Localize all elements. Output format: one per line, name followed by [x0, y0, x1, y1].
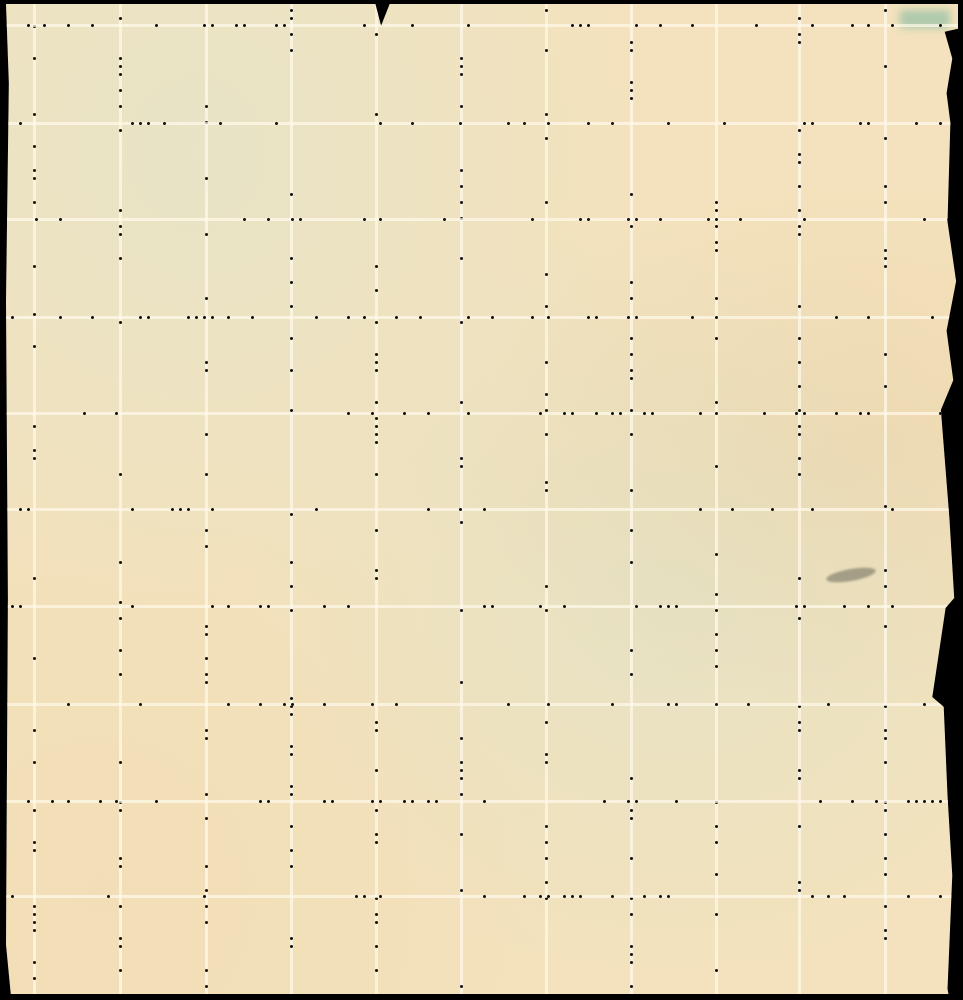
- perforation-hole: [715, 316, 718, 319]
- perforation-hole: [611, 412, 614, 415]
- perforation-hole: [460, 65, 463, 68]
- perforation-hole: [715, 665, 718, 668]
- perforation-hole: [859, 412, 862, 415]
- perforation-hole: [545, 113, 548, 116]
- perforation-hole: [290, 785, 293, 788]
- perforation-hole: [955, 703, 958, 706]
- perforation-hole: [531, 316, 534, 319]
- perforation-hole: [795, 605, 798, 608]
- perforation-hole: [290, 865, 293, 868]
- perforation-hole: [19, 605, 22, 608]
- perforation-hole: [715, 225, 718, 228]
- perforation-hole: [507, 703, 510, 706]
- perforation-hole: [630, 945, 633, 948]
- perforation-hole: [131, 605, 134, 608]
- perforation-hole: [460, 833, 463, 836]
- perforation-hole: [243, 24, 246, 27]
- perforation-hole: [460, 769, 463, 772]
- perforation-hole: [931, 800, 934, 803]
- perforation-hole: [630, 673, 633, 676]
- perforation-hole: [211, 24, 214, 27]
- perforation-hole: [205, 433, 208, 436]
- perforation-hole: [179, 508, 182, 511]
- perforation-hole: [798, 305, 801, 308]
- perforation-hole: [355, 895, 358, 898]
- perforation-hole: [715, 241, 718, 244]
- perforation-hole: [251, 316, 254, 319]
- perforation-hole: [375, 729, 378, 732]
- perforation-hole: [630, 857, 633, 860]
- perforation-hole: [884, 625, 887, 628]
- perforation-hole: [798, 721, 801, 724]
- perforation-hole: [443, 218, 446, 221]
- perforation-hole: [884, 185, 887, 188]
- perforation-hole: [67, 24, 70, 27]
- perforation-hole: [630, 281, 633, 284]
- perforation-hole: [630, 961, 633, 964]
- perforation-hole: [675, 703, 678, 706]
- perforation-line-vertical: [205, 4, 208, 994]
- perforation-hole: [798, 153, 801, 156]
- perforation-hole: [375, 473, 378, 476]
- perforation-hole: [460, 57, 463, 60]
- perforation-line-horizontal: [6, 703, 958, 706]
- perforation-hole: [131, 122, 134, 125]
- perforation-hole: [939, 122, 942, 125]
- perforation-hole: [643, 412, 646, 415]
- perforation-hole: [371, 412, 374, 415]
- perforation-hole: [275, 122, 278, 125]
- perforation-line-horizontal: [6, 218, 958, 221]
- perforation-hole: [798, 881, 801, 884]
- perforation-hole: [630, 433, 633, 436]
- perforation-hole: [363, 218, 366, 221]
- perforation-hole: [798, 729, 801, 732]
- perforation-hole: [545, 489, 548, 492]
- perforation-hole: [715, 913, 718, 916]
- perforation-hole: [290, 849, 293, 852]
- perforation-hole: [291, 218, 294, 221]
- perforation-hole: [659, 895, 662, 898]
- perforation-hole: [798, 457, 801, 460]
- perforation-hole: [171, 508, 174, 511]
- perforation-line-vertical: [290, 4, 293, 994]
- perforation-hole: [290, 937, 293, 940]
- perforation-line-vertical: [119, 4, 122, 994]
- perforation-hole: [798, 769, 801, 772]
- perforation-hole: [884, 737, 887, 740]
- perforation-hole: [147, 316, 150, 319]
- perforation-hole: [715, 553, 718, 556]
- perforation-hole: [715, 825, 718, 828]
- perforation-hole: [139, 703, 142, 706]
- perforation-line-vertical: [884, 4, 887, 994]
- perforation-hole: [33, 201, 36, 204]
- perforation-hole: [375, 769, 378, 772]
- perforation-line-vertical: [545, 4, 548, 994]
- perforation-hole: [299, 218, 302, 221]
- perforation-hole: [205, 921, 208, 924]
- perforation-hole: [587, 122, 590, 125]
- perforation-hole: [33, 841, 36, 844]
- perforation-hole: [19, 508, 22, 511]
- perforation-hole: [331, 800, 334, 803]
- perforation-hole: [67, 800, 70, 803]
- perforation-line-vertical: [460, 4, 463, 994]
- perforation-hole: [375, 33, 378, 36]
- perforation-hole: [290, 745, 293, 748]
- perforation-hole: [467, 412, 470, 415]
- perforation-hole: [375, 289, 378, 292]
- perforation-hole: [563, 412, 566, 415]
- perforation-hole: [571, 412, 574, 415]
- perforation-hole: [699, 508, 702, 511]
- perforation-hole: [867, 605, 870, 608]
- perforation-hole: [923, 218, 926, 221]
- perforation-hole: [715, 873, 718, 876]
- perforation-hole: [798, 889, 801, 892]
- perforation-hole: [195, 316, 198, 319]
- perforation-hole: [884, 761, 887, 764]
- perforation-hole: [27, 800, 30, 803]
- perforation-hole: [33, 849, 36, 852]
- perforation-hole: [803, 412, 806, 415]
- perforation-hole: [630, 649, 633, 652]
- perforation-hole: [771, 508, 774, 511]
- perforation-hole: [635, 24, 638, 27]
- perforation-hole: [227, 316, 230, 319]
- perforation-hole: [545, 857, 548, 860]
- perforation-hole: [715, 412, 718, 415]
- perforation-hole: [205, 297, 208, 300]
- perforation-hole: [715, 649, 718, 652]
- perforation-hole: [907, 800, 910, 803]
- perforation-hole: [884, 201, 887, 204]
- perforation-hole: [33, 977, 36, 980]
- perforation-hole: [467, 316, 470, 319]
- perforation-hole: [205, 625, 208, 628]
- perforation-hole: [947, 218, 950, 221]
- perforation-hole: [545, 841, 548, 844]
- perforation-hole: [119, 257, 122, 260]
- perforation-hole: [659, 218, 662, 221]
- perforation-hole: [375, 113, 378, 116]
- perforation-hole: [27, 508, 30, 511]
- perforation-hole: [611, 703, 614, 706]
- perforation-hole: [715, 209, 718, 212]
- perforation-hole: [884, 809, 887, 812]
- perforation-hole: [651, 412, 654, 415]
- perforation-hole: [715, 218, 718, 221]
- perforation-hole: [675, 605, 678, 608]
- perforation-hole: [798, 617, 801, 620]
- perforation-hole: [315, 316, 318, 319]
- perforation-hole: [119, 17, 122, 20]
- perforation-hole: [715, 609, 718, 612]
- perforation-hole: [611, 122, 614, 125]
- perforation-hole: [630, 489, 633, 492]
- perforation-hole: [119, 905, 122, 908]
- perforation-hole: [715, 633, 718, 636]
- perforation-hole: [139, 316, 142, 319]
- perforation-hole: [467, 24, 470, 27]
- perforation-hole: [923, 703, 926, 706]
- perforation-hole: [119, 857, 122, 860]
- perforation-hole: [290, 561, 293, 564]
- perforation-hole: [323, 800, 326, 803]
- perforation-hole: [395, 703, 398, 706]
- perforation-hole: [798, 825, 801, 828]
- perforation-hole: [371, 800, 374, 803]
- perforation-hole: [275, 24, 278, 27]
- perforation-hole: [630, 49, 633, 52]
- perforation-hole: [131, 508, 134, 511]
- perforation-hole: [884, 9, 887, 12]
- perforation-hole: [187, 508, 190, 511]
- perforation-hole: [347, 605, 350, 608]
- perforation-hole: [545, 137, 548, 140]
- perforation-hole: [939, 895, 942, 898]
- perforation-hole: [939, 24, 942, 27]
- perforation-hole: [33, 449, 36, 452]
- perforation-hole: [545, 433, 548, 436]
- perforation-hole: [33, 57, 36, 60]
- perforation-hole: [884, 929, 887, 932]
- perforation-hole: [715, 337, 718, 340]
- perforation-hole: [630, 369, 633, 372]
- perforation-hole: [375, 265, 378, 268]
- perforation-hole: [119, 945, 122, 948]
- perforation-hole: [267, 218, 270, 221]
- perforation-hole: [803, 122, 806, 125]
- perforation-hole: [203, 24, 206, 27]
- perforation-hole: [91, 24, 94, 27]
- perforation-hole: [545, 609, 548, 612]
- perforation-hole: [205, 233, 208, 236]
- perforation-hole: [119, 809, 122, 812]
- perforation-hole: [119, 673, 122, 676]
- perforation-hole: [205, 737, 208, 740]
- perforation-hole: [947, 412, 950, 415]
- perforation-hole: [523, 122, 526, 125]
- perforation-hole: [523, 895, 526, 898]
- perforation-hole: [33, 265, 36, 268]
- perforation-hole: [227, 703, 230, 706]
- perforation-hole: [539, 605, 542, 608]
- perforation-hole: [375, 529, 378, 532]
- perforation-hole: [630, 353, 633, 356]
- perforation-hole: [579, 895, 582, 898]
- perforation-hole: [545, 361, 548, 364]
- perforation-hole: [827, 703, 830, 706]
- perforation-hole: [563, 895, 566, 898]
- perforation-hole: [460, 681, 463, 684]
- perforation-hole: [739, 218, 742, 221]
- perforation-hole: [798, 161, 801, 164]
- perforation-hole: [715, 249, 718, 252]
- perforation-hole: [290, 697, 293, 700]
- perforation-hole: [539, 412, 542, 415]
- perforation-hole: [19, 122, 22, 125]
- perforation-hole: [563, 605, 566, 608]
- perforation-hole: [375, 417, 378, 420]
- perforation-hole: [630, 41, 633, 44]
- perforation-line-vertical: [375, 4, 378, 994]
- perforation-hole: [798, 185, 801, 188]
- perforation-hole: [835, 412, 838, 415]
- perforation-hole: [811, 508, 814, 511]
- perforation-hole: [347, 316, 350, 319]
- perforation-hole: [630, 561, 633, 564]
- perforation-hole: [259, 703, 262, 706]
- perforation-hole: [119, 601, 122, 604]
- perforation-hole: [119, 649, 122, 652]
- perforation-hole: [635, 800, 638, 803]
- perforation-hole: [884, 257, 887, 260]
- perforation-hole: [715, 201, 718, 204]
- perforation-hole: [630, 337, 633, 340]
- perforation-hole: [630, 81, 633, 84]
- perforation-hole: [483, 508, 486, 511]
- perforation-hole: [119, 73, 122, 76]
- perforation-hole: [763, 412, 766, 415]
- perforation-hole: [571, 895, 574, 898]
- perforation-hole: [545, 881, 548, 884]
- perforation-hole: [859, 122, 862, 125]
- perforation-hole: [375, 577, 378, 580]
- perforation-hole: [630, 777, 633, 780]
- perforation-hole: [545, 201, 548, 204]
- perforation-hole: [571, 24, 574, 27]
- perforation-hole: [33, 657, 36, 660]
- perforation-hole: [491, 316, 494, 319]
- perforation-hole: [630, 985, 633, 988]
- perforation-hole: [545, 481, 548, 484]
- perforation-hole: [579, 24, 582, 27]
- perforation-hole: [884, 353, 887, 356]
- perforation-hole: [659, 24, 662, 27]
- perforation-hole: [107, 895, 110, 898]
- perforation-hole: [371, 703, 374, 706]
- perforation-hole: [205, 369, 208, 372]
- perforation-hole: [290, 17, 293, 20]
- perforation-hole: [375, 353, 378, 356]
- perforation-hole: [843, 605, 846, 608]
- perforation-line-horizontal: [6, 24, 958, 27]
- perforation-hole: [119, 225, 122, 228]
- perforation-hole: [235, 24, 238, 27]
- perforation-hole: [460, 73, 463, 76]
- perforation-hole: [33, 145, 36, 148]
- perforation-hole: [59, 316, 62, 319]
- perforation-hole: [630, 953, 633, 956]
- perforation-hole: [851, 800, 854, 803]
- perforation-hole: [798, 337, 801, 340]
- perforation-hole: [459, 122, 462, 125]
- perforation-hole: [715, 969, 718, 972]
- perforation-hole: [33, 113, 36, 116]
- perforation-hole: [375, 841, 378, 844]
- perforation-hole: [460, 457, 463, 460]
- perforation-hole: [211, 316, 214, 319]
- perforation-hole: [630, 89, 633, 92]
- perforation-hole: [867, 24, 870, 27]
- perforation-hole: [205, 545, 208, 548]
- perforation-hole: [531, 218, 534, 221]
- perforation-hole: [119, 65, 122, 68]
- perforation-hole: [119, 865, 122, 868]
- perforation-hole: [547, 316, 550, 319]
- perforation-hole: [375, 833, 378, 836]
- perforation-hole: [545, 273, 548, 276]
- perforation-hole: [798, 33, 801, 36]
- perforation-hole: [579, 218, 582, 221]
- stamp-sheet-reverse: [6, 4, 958, 994]
- perforation-hole: [35, 218, 38, 221]
- perforation-hole: [375, 913, 378, 916]
- perforation-hole: [547, 703, 550, 706]
- perforation-hole: [11, 316, 14, 319]
- perforation-hole: [867, 316, 870, 319]
- perforation-hole: [411, 800, 414, 803]
- perforation-hole: [427, 800, 430, 803]
- perforation-hole: [884, 729, 887, 732]
- perforation-hole: [630, 529, 633, 532]
- perforation-hole: [59, 218, 62, 221]
- perforation-hole: [545, 49, 548, 52]
- perforation-hole: [884, 833, 887, 836]
- perforation-hole: [723, 122, 726, 125]
- perforation-hole: [375, 809, 378, 812]
- perforation-hole: [460, 105, 463, 108]
- perforation-hole: [483, 895, 486, 898]
- perforation-line-horizontal: [6, 508, 958, 511]
- perforation-hole: [545, 721, 548, 724]
- perforation-hole: [211, 508, 214, 511]
- perforation-line-horizontal: [6, 895, 958, 898]
- perforation-hole: [119, 57, 122, 60]
- perforation-hole: [627, 800, 630, 803]
- perforation-hole: [33, 761, 36, 764]
- perforation-hole: [715, 841, 718, 844]
- perforation-hole: [884, 585, 887, 588]
- perforation-hole: [798, 17, 801, 20]
- perforation-hole: [691, 316, 694, 319]
- perforation-hole: [507, 122, 510, 125]
- perforation-hole: [27, 24, 30, 27]
- perforation-hole: [798, 577, 801, 580]
- perforation-hole: [539, 895, 542, 898]
- perforation-hole: [290, 49, 293, 52]
- perforation-hole: [290, 753, 293, 756]
- perforation-hole: [460, 257, 463, 260]
- perforation-hole: [363, 24, 366, 27]
- perforation-hole: [460, 761, 463, 764]
- perforation-hole: [798, 425, 801, 428]
- perforation-hole: [347, 412, 350, 415]
- perforation-hole: [630, 377, 633, 380]
- perforation-hole: [659, 605, 662, 608]
- perforation-hole: [267, 605, 270, 608]
- perforation-hole: [884, 873, 887, 876]
- perforation-hole: [939, 800, 942, 803]
- perforation-hole: [667, 703, 670, 706]
- perforation-hole: [630, 913, 633, 916]
- perforation-hole: [283, 24, 286, 27]
- perforation-hole: [667, 895, 670, 898]
- perforation-hole: [379, 800, 382, 803]
- perforation-hole: [851, 24, 854, 27]
